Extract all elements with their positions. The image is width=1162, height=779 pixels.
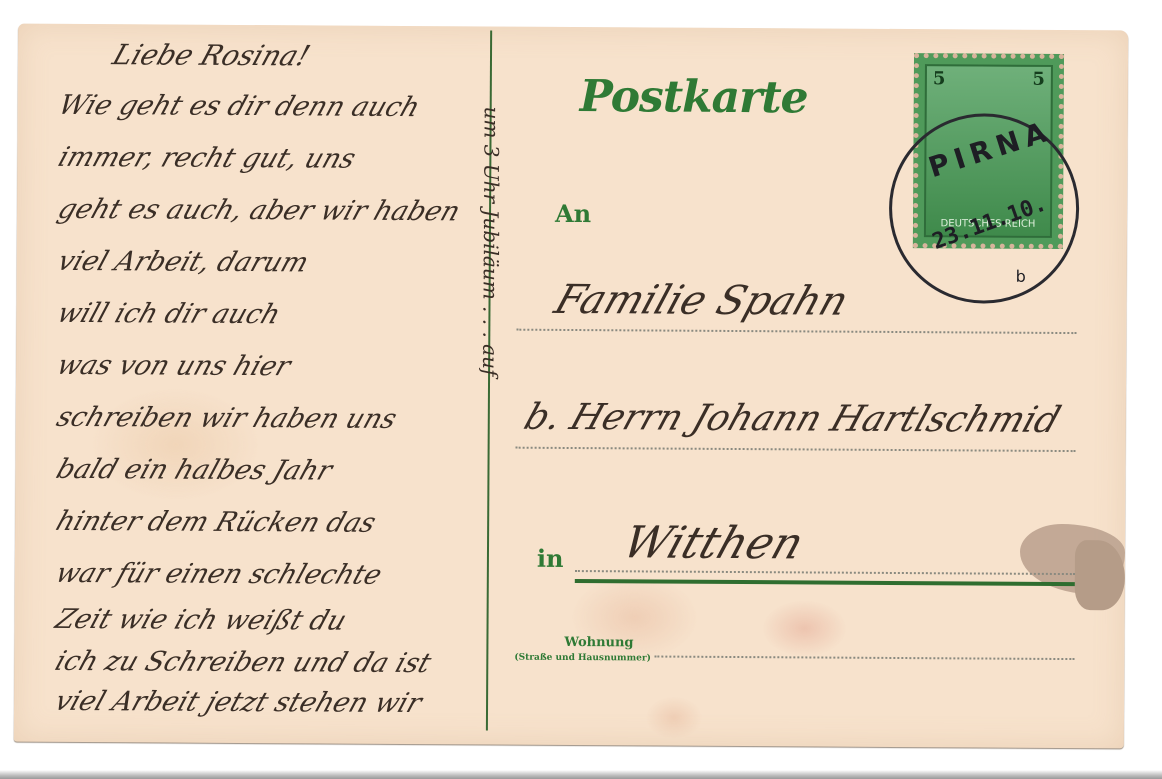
address-city: Witthen [617, 517, 810, 569]
message-greeting: Liebe Rosina! [109, 38, 315, 72]
message-line: geht es auch, aber wir haben [54, 194, 464, 227]
message-line: will ich dir auch [53, 298, 284, 330]
message-line: Wie geht es dir denn auch [55, 90, 424, 123]
message-line: was von uns hier [53, 350, 295, 382]
label-wohnung: Wohnung [564, 635, 633, 650]
address-line-city [575, 570, 1075, 575]
message-line: war für einen schlechte [52, 558, 386, 591]
address-recipient: Familie Spahn [549, 277, 854, 325]
stamp-value: 5 [933, 68, 946, 89]
message-line: hinter dem Rücken das [52, 506, 380, 539]
message-line: ich zu Schreiben und da ist [51, 646, 435, 679]
label-wohnung-sub: (Straße und Hausnummer) [514, 653, 651, 664]
postmark-letter: b [1016, 267, 1026, 286]
postmark-city: PIRNA [924, 114, 1056, 184]
message-line: viel Arbeit, darum [54, 246, 313, 278]
address-line-2 [516, 447, 1076, 452]
label-an: An [555, 199, 591, 228]
label-in: in [537, 544, 564, 573]
stamp-value: 5 [1032, 69, 1045, 90]
message-line: Zeit wie ich weißt du [51, 604, 350, 637]
address-line-wohnung [654, 656, 1074, 661]
postmark-cancel: PIRNA 23.11.10. b [889, 113, 1080, 304]
postcard: Postkarte An in Wohnung (Straße und Haus… [14, 24, 1128, 749]
message-line: bald ein halbes Jahr [52, 454, 336, 487]
scan-edge-shadow [0, 770, 1162, 779]
address-care-of: b. Herrn Johann Hartlschmid [519, 397, 1065, 441]
city-underline [575, 579, 1075, 586]
postmark-date: 23.11.10. [929, 191, 1050, 255]
postcard-title: Postkarte [580, 71, 808, 123]
message-line: viel Arbeit jetzt stehen wir [51, 686, 426, 719]
message-line: schreiben wir haben uns [53, 402, 401, 435]
margin-note: um 3 Uhr Jubiläum . . . auf [478, 106, 504, 376]
address-line-1 [516, 329, 1076, 334]
message-line: immer, recht gut, uns [54, 142, 359, 175]
